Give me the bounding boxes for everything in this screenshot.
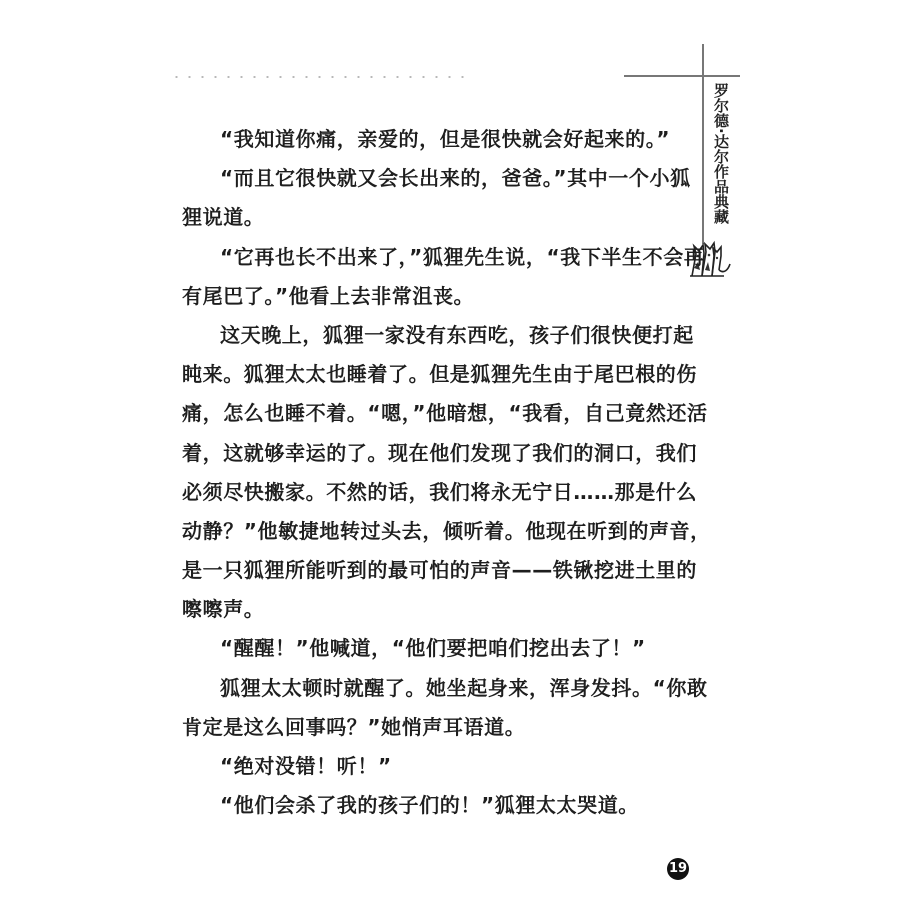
text-line: “他们会杀了我的孩子们的！”狐狸太太哭道。	[182, 786, 668, 825]
series-title: 罗尔德·达尔作品典藏	[705, 83, 729, 224]
text-line: “它再也长不出来了，”狐狸先生说，“我下半生不会再	[182, 238, 668, 277]
text-line: “我知道你痛，亲爱的，但是很快就会好起来的。”	[182, 120, 668, 159]
text-line: 必须尽快搬家。不然的话，我们将永无宁日……那是什么	[182, 473, 668, 512]
header-horizontal-rule	[624, 75, 740, 77]
header-vertical-rule	[702, 44, 704, 244]
text-line: “而且它很快就又会长出来的，爸爸。”其中一个小狐	[182, 159, 668, 198]
text-line: 盹来。狐狸太太也睡着了。但是狐狸先生由于尾巴根的伤	[182, 355, 668, 394]
text-line: “醒醒！”他喊道，“他们要把咱们挖出去了！”	[182, 629, 668, 668]
dotted-header-rule	[170, 76, 470, 78]
text-line: 狐狸太太顿时就醒了。她坐起身来，浑身发抖。“你敢	[182, 669, 668, 708]
text-line: 这天晚上，狐狸一家没有东西吃，孩子们很快便打起	[182, 316, 668, 355]
page-number-badge: 19	[667, 858, 689, 880]
text-line: “绝对没错！听！”	[182, 747, 668, 786]
text-line: 肯定是这么回事吗？”她悄声耳语道。	[182, 708, 668, 747]
text-line: 有尾巴了。”他看上去非常沮丧。	[182, 277, 668, 316]
text-line: 狸说道。	[182, 198, 668, 237]
text-line: 嚓嚓声。	[182, 590, 668, 629]
text-line: 动静？”他敏捷地转过头去，倾听着。他现在听到的声音，	[182, 512, 668, 551]
text-line: 痛，怎么也睡不着。“嗯，”他暗想，“我看，自己竟然还活	[182, 394, 668, 433]
text-line: 是一只狐狸所能听到的最可怕的声音——铁锹挖进土里的	[182, 551, 668, 590]
text-line: 着，这就够幸运的了。现在他们发现了我们的洞口，我们	[182, 434, 668, 473]
body-text: “我知道你痛，亲爱的，但是很快就会好起来的。” “而且它很快就又会长出来的，爸爸…	[182, 120, 668, 825]
